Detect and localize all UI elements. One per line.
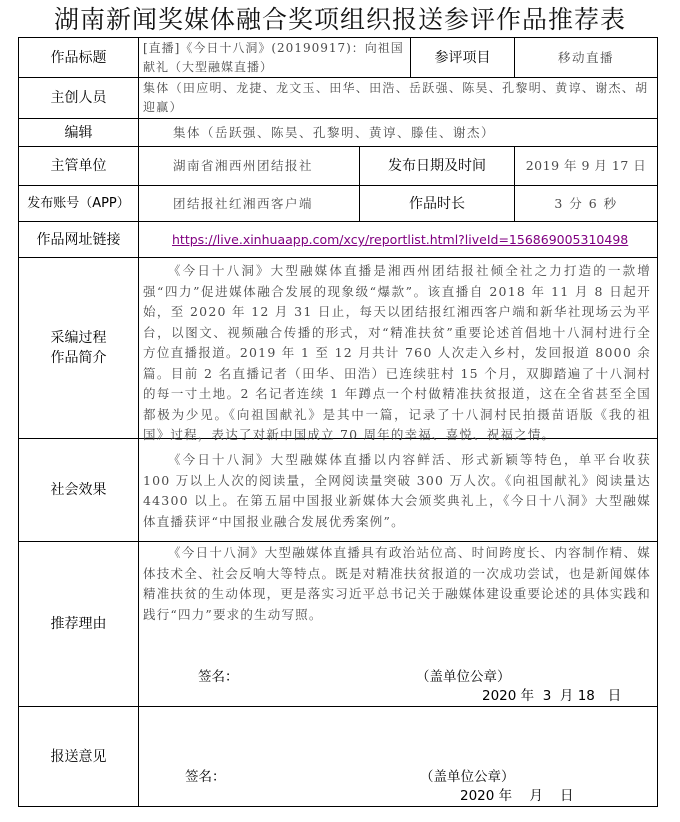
url-cell: https://live.xinhuaapp.com/xcy/reportlis… [139, 222, 657, 257]
recommendation-reason-label: 推荐理由 [19, 542, 138, 706]
recommendation-reason-text: 《今日十八洞》大型融媒体直播具有政治站位高、时间跨度长、内容制作精、媒体技术全、… [143, 543, 651, 625]
work-title-label: 作品标题 [19, 38, 138, 77]
intro-label-line2: 作品简介 [51, 348, 107, 368]
editors-value: 集体（岳跃强、陈昊、孔黎明、黄谆、滕佳、谢杰） [139, 119, 657, 146]
page-title: 湖南新闻奖媒体融合奖项组织报送参评作品推荐表 [0, 4, 680, 36]
category-label: 参评项目 [411, 38, 514, 77]
editors-label: 编辑 [19, 119, 138, 146]
social-effect-label: 社会效果 [19, 439, 138, 541]
opinion-date: 2020 年 月 日 [460, 787, 573, 805]
creators-value: 集体（田应明、龙捷、龙文玉、田华、田浩、岳跃强、陈昊、孔黎明、黄谆、谢杰、胡迎赢… [139, 78, 657, 118]
reason-date: 2020 年 3 月 18 日 [482, 687, 621, 705]
duration-value: 3 分 6 秒 [515, 186, 657, 221]
intro-text: 《今日十八洞》大型融媒体直播是湘西州团结报社倾全社之力打造的一款增强“四力”促进… [143, 261, 651, 446]
opinion-seal-label: （盖单位公章） [420, 768, 515, 786]
url-label: 作品网址链接 [19, 222, 138, 257]
intro-label: 采编过程 作品简介 [19, 258, 138, 438]
submission-opinion-label: 报送意见 [19, 707, 138, 806]
reason-seal-label: （盖单位公章） [416, 668, 511, 686]
publish-account-value: 团结报社红湘西客户端 [139, 186, 359, 221]
intro-label-line1: 采编过程 [51, 328, 107, 348]
work-title-value: [直播]《今日十八洞》(20190917)：向祖国献礼（大型融媒直播） [139, 38, 410, 77]
duration-label: 作品时长 [360, 186, 514, 221]
publish-date-value: 2019 年 9 月 17 日 [515, 147, 657, 185]
work-url-link[interactable]: https://live.xinhuaapp.com/xcy/reportlis… [172, 232, 628, 247]
creators-label: 主创人员 [19, 78, 138, 118]
table-border-bottom [18, 806, 658, 807]
supervising-unit-value: 湖南省湘西州团结报社 [139, 147, 359, 185]
supervising-unit-label: 主管单位 [19, 147, 138, 185]
opinion-signature-label: 签名： [185, 768, 226, 786]
table-border-right [657, 37, 658, 807]
publish-account-label: 发布账号（APP） [19, 186, 138, 221]
category-value: 移动直播 [515, 38, 657, 77]
publish-date-label: 发布日期及时间 [360, 147, 514, 185]
social-effect-text: 《今日十八洞》大型融媒体直播以内容鲜活、形式新颖等特色，单平台收获 100 万以… [143, 450, 651, 532]
reason-signature-label: 签名： [198, 668, 239, 686]
